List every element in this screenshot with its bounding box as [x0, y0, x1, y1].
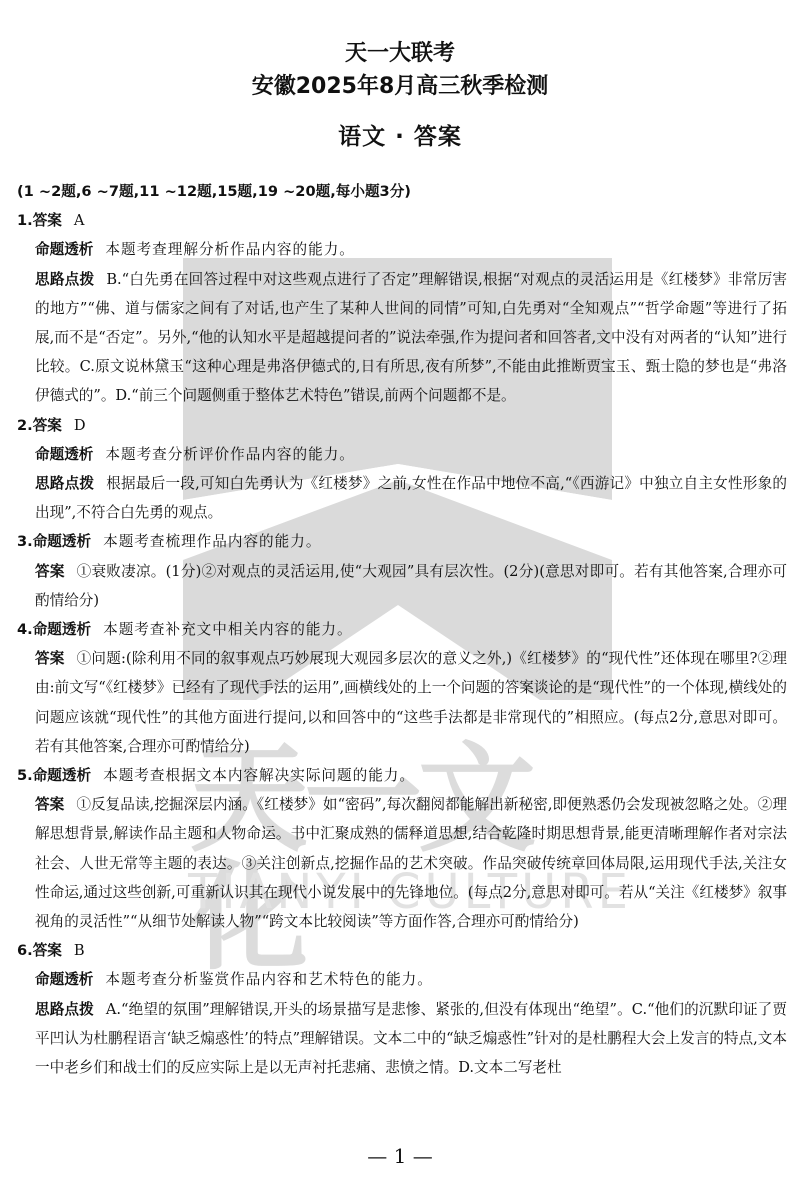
answer-text: ①问题:(除利用不同的叙事观点巧妙展现大观园多层次的意义之外,)《红楼梦》的“现… — [35, 650, 787, 755]
analysis-label: 命题透析 — [33, 767, 91, 784]
question-number: 6. — [17, 942, 33, 959]
subject-title: 语文 · 答案 — [0, 118, 800, 151]
hint-label: 思路点拨 — [35, 271, 94, 288]
question-number: 5. — [17, 767, 33, 784]
question-number: 4. — [17, 621, 33, 638]
analysis-text: 本题考查补充文中相关内容的能力。 — [103, 621, 353, 638]
question-3: 3.命题透析本题考查梳理作品内容的能力。 答案①衰败凄凉。(1分)②对观点的灵活… — [17, 527, 787, 615]
question-number: 3. — [17, 533, 33, 550]
question-5: 5.命题透析本题考查根据文本内容解决实际问题的能力。 答案①反复品读,挖掘深层内… — [17, 761, 787, 936]
question-4: 4.命题透析本题考查补充文中相关内容的能力。 答案①问题:(除利用不同的叙事观点… — [17, 615, 787, 761]
scoring-note: (1 ~2题,6 ~7题,11 ~12题,15题,19 ~20题,每小题3分) — [17, 177, 787, 206]
question-6: 6.答案B 命题透析本题考查分析鉴赏作品内容和艺术特色的能力。 思路点拨A.“绝… — [17, 936, 787, 1082]
answer-label: 答案 — [33, 212, 62, 229]
analysis-text: 本题考查根据文本内容解决实际问题的能力。 — [103, 767, 415, 784]
answer-body: (1 ~2题,6 ~7题,11 ~12题,15题,19 ~20题,每小题3分) … — [17, 177, 787, 1082]
answer-value: A — [74, 212, 85, 229]
hint-text: A.“绝望的氛围”理解错误,开头的场景描写是悲惨、紧张的,但没有体现出“绝望”。… — [35, 1001, 787, 1076]
hint-label: 思路点拨 — [35, 1001, 94, 1018]
page-number: — 1 — — [0, 1144, 800, 1168]
question-number: 2. — [17, 417, 33, 434]
analysis-label: 命题透析 — [33, 621, 91, 638]
analysis-label: 命题透析 — [35, 971, 93, 988]
answer-label: 答案 — [33, 942, 62, 959]
analysis-label: 命题透析 — [35, 241, 93, 258]
analysis-text: 本题考查梳理作品内容的能力。 — [103, 533, 321, 550]
hint-text: B.“白先勇在回答过程中对这些观点进行了否定”理解错误,根据“对观点的灵活运用是… — [35, 271, 787, 405]
hint-text: 根据最后一段,可知白先勇认为《红楼梦》之前,女性在作品中地位不高,“《西游记》中… — [35, 475, 787, 521]
answer-value: D — [74, 417, 86, 434]
analysis-text: 本题考查分析鉴赏作品内容和艺术特色的能力。 — [105, 971, 432, 988]
question-2: 2.答案D 命题透析本题考查分析评价作品内容的能力。 思路点拨根据最后一段,可知… — [17, 411, 787, 528]
answer-label: 答案 — [35, 563, 65, 580]
hint-label: 思路点拨 — [35, 475, 94, 492]
analysis-text: 本题考查分析评价作品内容的能力。 — [105, 446, 355, 463]
answer-label: 答案 — [35, 650, 65, 667]
answer-value: B — [74, 942, 85, 959]
question-number: 1. — [17, 212, 33, 229]
question-1: 1.答案A 命题透析本题考查理解分析作品内容的能力。 思路点拨B.“白先勇在回答… — [17, 206, 787, 410]
answer-label: 答案 — [35, 796, 64, 813]
analysis-label: 命题透析 — [33, 533, 91, 550]
answer-text: ①反复品读,挖掘深层内涵。《红楼梦》如“密码”,每次翻阅都能解出新秘密,即便熟悉… — [35, 796, 787, 930]
analysis-label: 命题透析 — [35, 446, 93, 463]
answer-label: 答案 — [33, 417, 62, 434]
answer-text: ①衰败凄凉。(1分)②对观点的灵活运用,使“大观园”具有层次性。(2分)(意思对… — [35, 563, 787, 609]
exam-org-title: 天一大联考 — [0, 36, 800, 67]
exam-name-title: 安徽2025年8月高三秋季检测 — [0, 69, 800, 100]
analysis-text: 本题考查理解分析作品内容的能力。 — [105, 241, 355, 258]
